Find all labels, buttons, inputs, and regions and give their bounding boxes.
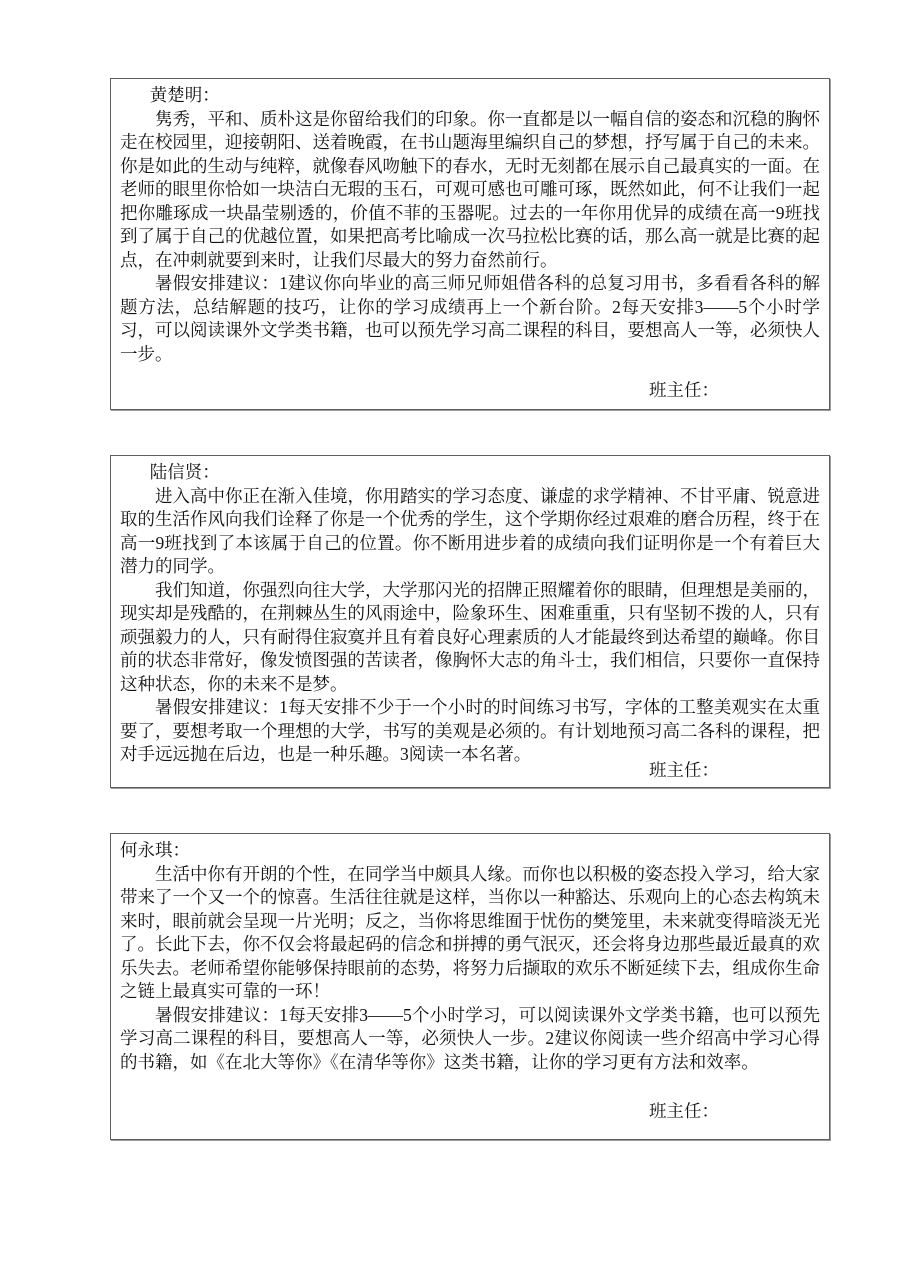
comment-paragraph: 生活中你有开朗的个性，在同学当中颇具人缘。而你也以积极的姿态投入学习，给大家带来… xyxy=(120,863,820,1004)
teacher-comment-card: 何永琪： 生活中你有开朗的个性，在同学当中颇具人缘。而你也以积极的姿态投入学习，… xyxy=(110,833,830,1140)
comment-paragraph: 进入高中你正在渐入佳境，你用踏实的学习态度、谦虚的求学精神、不甘平庸、锐意进取的… xyxy=(120,485,820,579)
student-name: 黄楚明： xyxy=(120,84,820,108)
comment-paragraphs: 生活中你有开朗的个性，在同学当中颇具人缘。而你也以积极的姿态投入学习，给大家带来… xyxy=(120,863,820,1075)
comment-paragraph: 暑假安排建议：1建议你向毕业的高三师兄师姐借各科的总复习用书，多看看各科的解题方… xyxy=(120,272,820,366)
comment-paragraph: 隽秀，平和、质朴这是你留给我们的印象。你一直都是以一幅自信的姿态和沉稳的胸怀走在… xyxy=(120,108,820,273)
document-page: 黄楚明： 隽秀，平和、质朴这是你留给我们的印象。你一直都是以一幅自信的姿态和沉稳… xyxy=(0,0,900,1286)
signature-label: 班主任： xyxy=(649,1100,719,1124)
comment-paragraph: 暑假安排建议：1每天安排不少于一个小时的时间练习书写，字体的工整美观实在太重要了… xyxy=(120,696,820,767)
comment-paragraph: 我们知道，你强烈向往大学，大学那闪光的招牌正照耀着你的眼睛，但理想是美丽的，现实… xyxy=(120,579,820,697)
comment-paragraphs: 隽秀，平和、质朴这是你留给我们的印象。你一直都是以一幅自信的姿态和沉稳的胸怀走在… xyxy=(120,108,820,367)
comment-paragraphs: 进入高中你正在渐入佳境，你用踏实的学习态度、谦虚的求学精神、不甘平庸、锐意进取的… xyxy=(120,485,820,767)
signature-label: 班主任： xyxy=(649,379,719,403)
signature-label: 班主任： xyxy=(649,759,719,783)
student-name: 陆信贤： xyxy=(120,461,820,485)
teacher-comment-card: 黄楚明： 隽秀，平和、质朴这是你留给我们的印象。你一直都是以一幅自信的姿态和沉稳… xyxy=(110,78,830,410)
comment-paragraph: 暑假安排建议：1每天安排3——5个小时学习，可以阅读课外文学类书籍，也可以预先学… xyxy=(120,1004,820,1075)
teacher-comment-card: 陆信贤： 进入高中你正在渐入佳境，你用踏实的学习态度、谦虚的求学精神、不甘平庸、… xyxy=(110,455,830,788)
student-name: 何永琪： xyxy=(120,839,820,863)
